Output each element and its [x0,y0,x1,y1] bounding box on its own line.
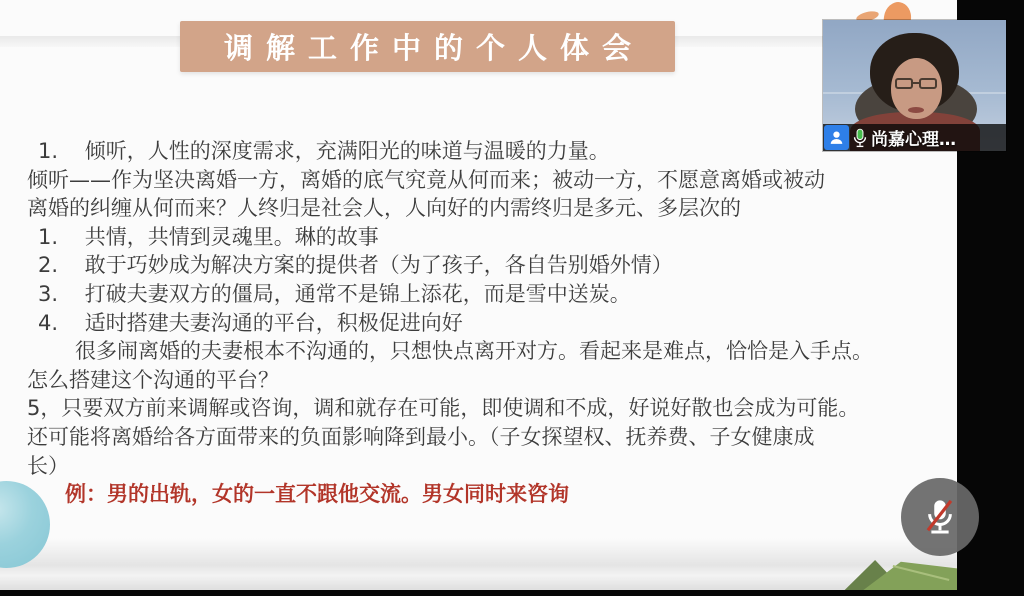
shared-slide: 调解工作中的个人体会 1. 倾听，人性的深度需求，充满阳光的味道与温暖的力量。 … [0,0,957,590]
text-line: 还可能将离婚给各方面带来的负面影响降到最小。（子女探望权、抚养费、子女健康成 [27,423,945,452]
text-line: 3. 打破夫妻双方的僵局，通常不是锦上添花，而是雪中送炭。 [27,280,945,309]
glasses-bridge [912,82,920,84]
text-line: 很多闹离婚的夫妻根本不沟通的，只想快点离开对方。看起来是难点，恰恰是入手点。 [27,337,945,366]
glasses-icon [919,78,937,89]
mic-on-icon [852,127,868,149]
slide-bottom-shadow [0,538,957,590]
participant-video-thumbnail[interactable]: 尚嘉心理… [823,20,1006,151]
participant-name-bar: 尚嘉心理… [823,124,1006,151]
text-line: 1. 倾听，人性的深度需求，充满阳光的味道与温暖的力量。 [27,137,945,166]
mute-button[interactable] [901,478,979,556]
green-leaf-icon [840,560,957,590]
person-mouth [908,107,924,113]
mic-muted-icon [917,494,963,540]
text-line: 怎么搭建这个沟通的平台？ [27,366,945,395]
meeting-window: 调解工作中的个人体会 1. 倾听，人性的深度需求，充满阳光的味道与温暖的力量。 … [0,0,1024,596]
text-line: 1. 共情，共情到灵魂里。琳的故事 [27,223,945,252]
text-line: 2. 敢于巧妙成为解决方案的提供者（为了孩子，各自告别婚外情） [27,251,945,280]
page-title: 调解工作中的个人体会 [211,26,644,67]
participant-name: 尚嘉心理… [871,125,956,150]
text-line: 5，只要双方前来调解或咨询，调和就存在可能，即使调和不成，好说好散也会成为可能。 [27,394,945,423]
glasses-icon [895,78,913,89]
example-text-line: 例：男的出轨，女的一直不跟他交流。男女同时来咨询 [27,480,945,509]
text-line: 长） [27,452,945,481]
user-badge-icon [824,125,849,150]
title-banner: 调解工作中的个人体会 [180,21,675,72]
text-line: 倾听——作为坚决离婚一方，离婚的底气究竟从何而来；被动一方，不愿意离婚或被动 [27,166,945,195]
text-line: 4. 适时搭建夫妻沟通的平台，积极促进向好 [27,309,945,338]
text-line: 离婚的纠缠从何而来？人终归是社会人，人向好的内需终归是多元、多层次的 [27,194,945,223]
slide-body-text: 1. 倾听，人性的深度需求，充满阳光的味道与温暖的力量。 倾听——作为坚决离婚一… [27,137,945,509]
